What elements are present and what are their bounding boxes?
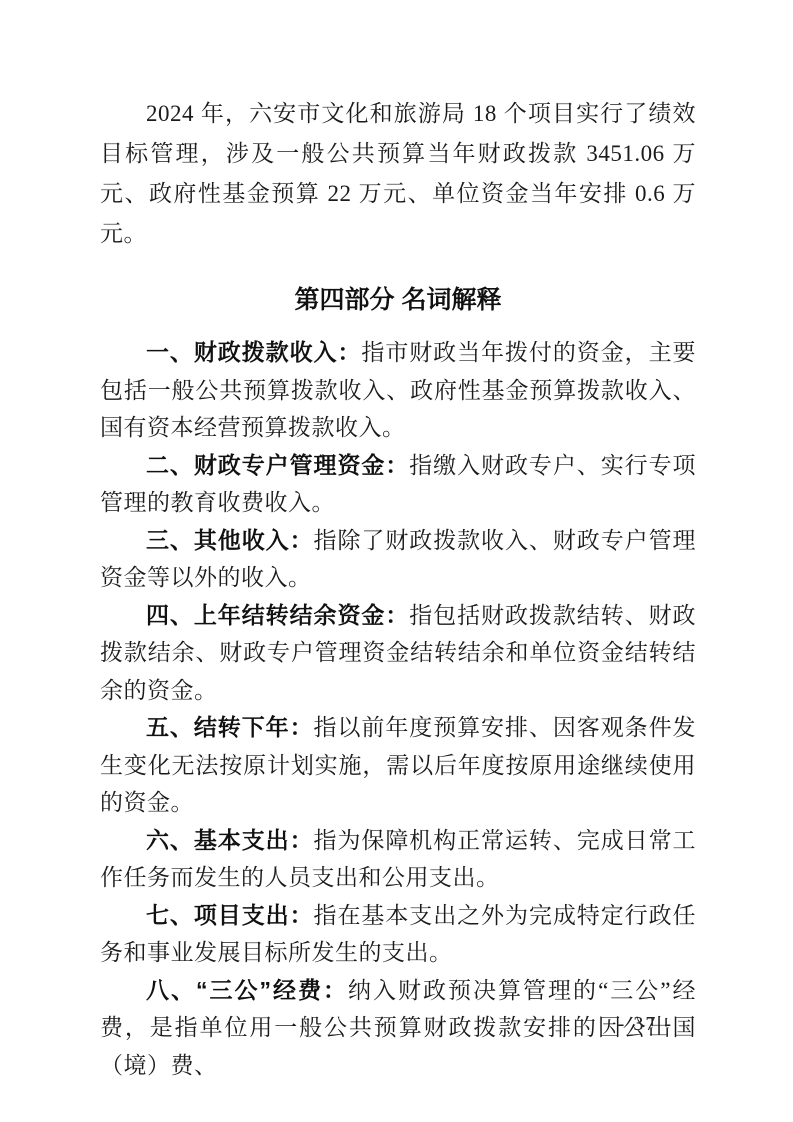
term-label: 一、财政拨款收入：: [146, 339, 361, 365]
term-label: 二、财政专户管理资金：: [146, 452, 409, 478]
intro-paragraph: 2024 年，六安市文化和旅游局 18 个项目实行了绩效目标管理，涉及一般公共预…: [100, 94, 696, 254]
term-paragraph: 五、结转下年：指以前年度预算安排、因客观条件发生变化无法按原计划实施，需以后年度…: [100, 709, 696, 822]
term-label: 七、项目支出：: [146, 902, 314, 928]
term-label: 三、其他收入：: [146, 527, 314, 553]
term-label: 四、上年结转结余资金：: [146, 602, 409, 628]
term-label: 六、基本支出：: [146, 827, 314, 853]
document-content: 2024 年，六安市文化和旅游局 18 个项目实行了绩效目标管理，涉及一般公共预…: [100, 94, 696, 1084]
document-page: 2024 年，六安市文化和旅游局 18 个项目实行了绩效目标管理，涉及一般公共预…: [0, 0, 793, 1122]
term-label: 五、结转下年：: [146, 714, 314, 740]
term-label: 八、“三公”经费：: [146, 977, 348, 1003]
section-title: 第四部分 名词解释: [100, 280, 696, 320]
page-number: - 37 -: [618, 1013, 673, 1036]
term-paragraph: 二、财政专户管理资金：指缴入财政专户、实行专项管理的教育收费收入。: [100, 447, 696, 522]
term-paragraph: 三、其他收入：指除了财政拨款收入、财政专户管理资金等以外的收入。: [100, 522, 696, 597]
term-paragraph: 六、基本支出：指为保障机构正常运转、完成日常工作任务而发生的人员支出和公用支出。: [100, 822, 696, 897]
term-paragraph: 四、上年结转结余资金：指包括财政拨款结转、财政拨款结余、财政专户管理资金结转结余…: [100, 597, 696, 710]
term-paragraph: 七、项目支出：指在基本支出之外为完成特定行政任务和事业发展目标所发生的支出。: [100, 897, 696, 972]
term-paragraph: 一、财政拨款收入：指市财政当年拨付的资金，主要包括一般公共预算拨款收入、政府性基…: [100, 334, 696, 447]
term-paragraph: 八、“三公”经费：纳入财政预决算管理的“三公”经费，是指单位用一般公共预算财政拨…: [100, 972, 696, 1085]
